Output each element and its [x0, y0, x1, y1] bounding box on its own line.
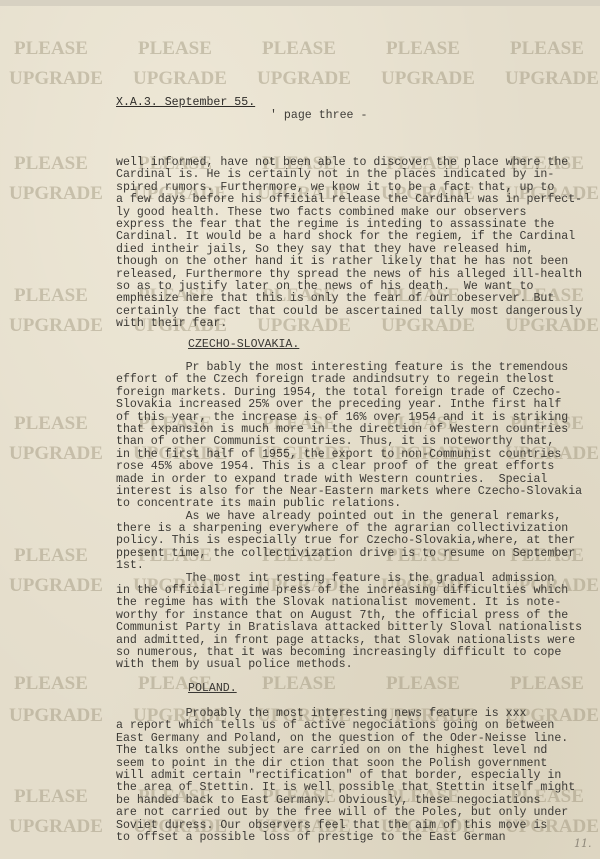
document-page: PLEASEPLEASEPLEASEPLEASEPLEASEPLEASEPLEA… — [0, 0, 600, 859]
text-line: the regime has with the Slovak nationali… — [116, 597, 596, 609]
text-line: a few days before his official release t… — [116, 194, 596, 206]
text-line: The talks onthe subject are carried on o… — [116, 745, 596, 757]
text-line: with their fear. — [116, 318, 596, 330]
text-line: Cardinal. It would be a hard shock for t… — [116, 231, 596, 243]
text-line: to concentrate its main public relations… — [116, 498, 596, 510]
text-line: effort of the Czech foreign trade andind… — [116, 374, 596, 386]
text-line: 1st. — [116, 560, 596, 572]
document-reference: X.A.3. September 55. — [116, 97, 255, 109]
text-line: with them by usual police methods. — [116, 659, 596, 671]
typewritten-document: X.A.3. September 55. ' page three - well… — [0, 0, 600, 859]
section-heading-poland: POLAND. — [188, 683, 237, 695]
text-line: Slovakia increased 25% over the precedin… — [116, 399, 596, 411]
page-number-label: ' page three - — [270, 110, 367, 122]
text-line: Cardinal is. He is certainly not in the … — [116, 169, 596, 181]
text-line: policy. This is especially true for Czec… — [116, 535, 596, 547]
section-heading-czecho-slovakia: CZECHO-SLOVAKIA. — [188, 339, 299, 351]
text-line: a report which tells us of active negoci… — [116, 720, 596, 732]
handwritten-folio-number: 11. — [574, 838, 592, 850]
text-line: are not carried out by the free will of … — [116, 807, 596, 819]
text-line: Communist Party in Bratislava attacked b… — [116, 622, 596, 634]
section-cardinal: well informed, have not been able to dis… — [116, 157, 596, 330]
text-line: to offset a possible loss of prestige to… — [116, 832, 596, 844]
section-poland: Probably the most interesting news featu… — [116, 708, 596, 844]
text-line: the area of Stettin. It is well possible… — [116, 782, 596, 794]
section-czecho-slovakia: Pr bably the most interesting feature is… — [116, 362, 596, 672]
text-line: rose 45% above 1954. This is a clear pro… — [116, 461, 596, 473]
text-line: emphesize here that this is only the fea… — [116, 293, 596, 305]
text-line: than of other Communist countries. Thus,… — [116, 436, 596, 448]
text-line: ppesent time, the collectivization drive… — [116, 548, 596, 560]
text-line: though on the other hand it is rather li… — [116, 256, 596, 268]
